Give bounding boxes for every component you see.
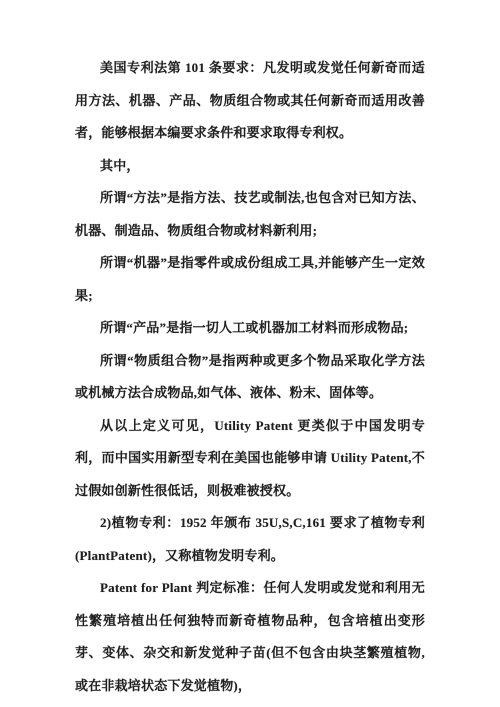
paragraph: 所谓“物质组合物”是指两种或更多个物品采取化学方法或机械方法合成物品,如气体、液… <box>75 345 425 410</box>
document-page: 美国专利法第 101 条要求：凡发明或发觉任何新奇而适用方法、机器、产品、物质组… <box>0 0 500 707</box>
paragraph: 所谓“产品”是指一切人工或机器加工材料而形成物品; <box>75 312 425 345</box>
paragraph: 美国专利法第 101 条要求：凡发明或发觉任何新奇而适用方法、机器、产品、物质组… <box>75 52 425 150</box>
paragraph: 2)植物专利：1952 年颁布 35U,S,C,161 要求了植物专利(Plan… <box>75 507 425 572</box>
paragraph: 所谓“机器”是指零件或成份组成工具,并能够产生一定效果; <box>75 247 425 312</box>
document-body: 美国专利法第 101 条要求：凡发明或发觉任何新奇而适用方法、机器、产品、物质组… <box>0 0 500 707</box>
paragraph: 所谓“方法”是指方法、技艺或制法,也包含对已知方法、机器、制造品、物质组合物或材… <box>75 182 425 247</box>
paragraph: 其中， <box>75 150 425 183</box>
paragraph: Patent for Plant 判定标准：任何人发明或发觉和利用无性繁殖培植出… <box>75 572 425 702</box>
paragraph: 从以上定义可见，Utility Patent 更类似于中国发明专利，而中国实用新… <box>75 410 425 508</box>
